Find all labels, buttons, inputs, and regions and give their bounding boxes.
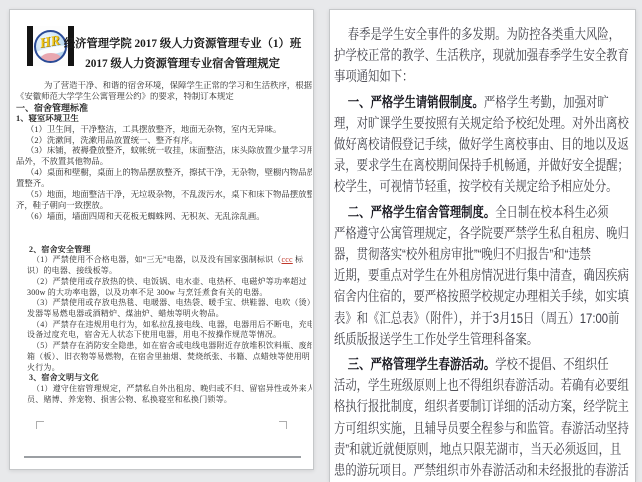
text-line: 活动，学生班级原则上也不得组织春游活动。若确有必要组 xyxy=(334,375,636,396)
text-line: 3、宿舍文明与文化 xyxy=(27,373,312,384)
text-segment: 活动，学生班级原则上也不得组织春游活动。若确有必要组 xyxy=(334,377,629,393)
text-segment: （6）墙面，墙面四周和天花板无蜘蛛网、无积灰、无乱涂乱画。 xyxy=(26,212,265,221)
text-segment: 发器等易燃电器或酒精炉、煤油炉、蜡烛等明火物品。 xyxy=(27,309,224,318)
text-line: （3）严禁使用或存放电热毯、电暖器、电热袋、暖手宝、烘鞋器、电吹（烫） xyxy=(27,298,312,309)
text-segment: 员、赌博、养宠物、损害公物、私换寝室和私换门锁等。 xyxy=(27,395,232,404)
text-line: 300w 的大功率电器，以及功率不足 300w 与烹饪煮食有关的电器。 xyxy=(27,288,312,299)
text-line: 理，对旷课学生要按照有关规定给予校纪处理。对外出离校 xyxy=(334,113,636,134)
right-page-safety-notice: 春季是学生安全事件的多发期。为防控各类重大风险，护学校正常的教学、生活秩序，现就… xyxy=(329,9,636,482)
document-viewer: HR 经济管理学院 2017 级人力资源管理专业（1）班 2017 级人力资源管… xyxy=(0,0,642,482)
text-segment: 标 xyxy=(293,255,303,264)
text-segment: 2、宿舍安全管理 xyxy=(29,245,91,254)
text-line: 识）的电器、接线板等。 xyxy=(27,266,312,277)
text-segment: 宿舍内住宿的，要严格按照学校规定办理相关手续，如实填 xyxy=(334,288,629,304)
text-segment: 识）的电器、接线板等。 xyxy=(27,266,117,275)
text-line: 发器等易燃电器或酒精炉、煤油炉、蜡烛等明火物品。 xyxy=(27,309,312,320)
text-line: 春季是学生安全事件的多发期。为防控各类重大风险， xyxy=(334,24,636,45)
text-line: 宿舍内住宿的，要严格按照学校规定办理相关手续，如实填 xyxy=(334,286,636,307)
text-segment: 责”和就近就便原则，地点只限芜湖市，当天必须返回，且 xyxy=(334,441,621,457)
text-segment: （2）洗漱间，洗漱用品放置统一、整齐有序。 xyxy=(26,136,198,145)
text-line: （5）严禁存在消防安全隐患，如在宿舍或电线电器附近存放堆积饮料瓶、废纸 xyxy=(27,341,312,352)
text-line: （5）地面，地面整洁干净，无垃圾杂物，不乱泼污水，桌下和床下物品摆放整 xyxy=(16,190,312,201)
text-line: （2）严禁使用或存放热的快、电饭锅、电水壶、电热杯、电磁炉等功率超过 xyxy=(27,277,312,288)
text-segment: 近期，要重点对学生在外租房情况进行集中清查，确因疾病 xyxy=(334,267,629,283)
text-segment: 器，贯彻落实“校外租房审批”“晚归不归报告”和“违禁 xyxy=(334,246,591,262)
text-line: 校学生，可视情节轻重，按学校有关规定给予相应处分。 xyxy=(334,176,636,197)
text-segment: 二、严格学生宿舍管理制度。 xyxy=(348,204,495,220)
text-segment: 格执行报批制度，组织者要制订详细的活动方案，经学院主 xyxy=(334,398,629,414)
text-segment: 齐，鞋子朝向一致摆放。 xyxy=(16,201,108,210)
text-line: （3）床铺，被褥叠放整齐，蚊帐统一收挂，床面整洁，床头除放置少量学习用 xyxy=(16,146,312,157)
text-boundary-mark-right xyxy=(279,421,287,429)
page-title: 经济管理学院 2017 级人力资源管理专业（1）班 xyxy=(56,34,309,54)
text-segment: 一、严格学生请销假制度。 xyxy=(348,94,484,110)
text-segment: 表》和《汇总表》（附件），并于3月15日（周五）17:00前 xyxy=(334,310,619,326)
title-block: 经济管理学院 2017 级人力资源管理专业（1）班 2017 级人力资源管理专业… xyxy=(56,34,309,74)
left-page-dorm-regulations: HR 经济管理学院 2017 级人力资源管理专业（1）班 2017 级人力资源管… xyxy=(9,9,314,470)
text-segment: （1）严禁使用不合格电器，如“三无”电器，以及没有国家强制标识（ xyxy=(32,255,282,264)
text-segment: 患的游玩项目。严禁组织市外春游活动和未经报批的春游活 xyxy=(334,462,629,478)
text-line: 《安徽师范大学学生公寓管理公约》的要求，特制订本规定 xyxy=(16,92,312,103)
text-segment: 方可组织实施，且辅导员要全程参与和监管。春游活动坚持 xyxy=(334,420,629,436)
text-line: 员、赌博、养宠物、损害公物、私换寝室和私换门锁等。 xyxy=(27,395,312,406)
text-line: 一、严格学生请销假制度。严格学生考勤，加强对旷 xyxy=(334,92,636,113)
text-line: 1、寝室环境卫生 xyxy=(16,114,312,125)
text-line: 品外，不放置其他物品。 xyxy=(16,157,312,168)
text-line: 事项通知如下： xyxy=(334,66,636,87)
text-segment: 置整齐。 xyxy=(16,179,50,188)
text-segment: 3、宿舍文明与文化 xyxy=(29,373,99,382)
text-segment: 严格学生考勤，加强对旷 xyxy=(484,94,609,110)
text-line: 患的游玩项目。严禁组织市外春游活动和未经报批的春游活 xyxy=(334,460,636,481)
text-segment: 箱（板）、旧衣物等易燃物，在宿舍里抽烟、焚烧纸张、书籍、点蜡烛等使用明 xyxy=(27,352,310,361)
text-segment: （1）卫生间，干净整洁，工具摆放整齐，地面无杂物，室内无异味。 xyxy=(26,125,281,134)
text-line: （1）遵守住宿管理规定，严禁私自外出租房、晚归或不归、留宿异性或外来人 xyxy=(27,384,312,395)
text-segment: 春季是学生安全事件的多发期。为防控各类重大风险， xyxy=(348,26,620,42)
text-segment: （5）地面，地面整洁干净，无垃圾杂物，不乱泼污水，桌下和床下物品摆放整 xyxy=(26,190,312,199)
text-segment: 纸质版报送学生工作处学生管理科备案。 xyxy=(334,331,538,347)
text-line: 严格遵守公寓管理规定，各学院要严禁学生私自租房、晚归 xyxy=(334,223,636,244)
text-segment: 300w 的大功率电器，以及功率不足 300w 与烹饪煮食有关的电器。 xyxy=(27,288,268,297)
page-subtitle: 2017 级人力资源管理专业宿舍管理规定 xyxy=(56,54,309,74)
text-segment: （3）床铺，被褥叠放整齐，蚊帐统一收挂，床面整洁，床头除放置少量学习用 xyxy=(26,146,312,155)
text-segment: （4）桌面和壁橱，桌面上的物品摆放整齐，擦拭干净，无杂物，壁橱内物品放 xyxy=(26,168,312,177)
bottom-rule xyxy=(24,456,301,458)
text-line: 二、严格学生宿舍管理制度。全日制在校本科生必须 xyxy=(334,202,636,223)
text-segment: （3）严禁使用或存放电热毯、电暖器、电热袋、暖手宝、烘鞋器、电吹（烫） xyxy=(32,298,312,307)
text-line: 护学校正常的教学、生活秩序，现就加强春季学生安全教育 xyxy=(334,45,636,66)
text-segment: 一、宿舍管理标准 xyxy=(16,103,88,113)
text-line: 近期，要重点对学生在外租房情况进行集中清查，确因疾病 xyxy=(334,265,636,286)
text-line: 责”和就近就便原则，地点只限芜湖市，当天必须返回，且 xyxy=(334,439,636,460)
text-line: （1）卫生间，干净整洁，工具摆放整齐，地面无杂物，室内无异味。 xyxy=(16,125,312,136)
text-segment: 《安徽师范大学学生公寓管理公约》的要求，特制订本规定 xyxy=(16,92,234,101)
text-line: （1）严禁使用不合格电器，如“三无”电器，以及没有国家强制标识（ccc 标 xyxy=(27,255,312,266)
text-segment: 学校不提倡、不组织任 xyxy=(495,356,608,372)
left-page-body: 为了营造干净、和谐的宿舍环境，保障学生正常的学习和生活秩序，根据《安徽师范大学学… xyxy=(14,81,312,405)
text-segment: （4）严禁存在违规用电行为，如私拉乱接电线、电器，电器用后不断电，充电 xyxy=(32,320,312,329)
text-segment: 火行为。 xyxy=(27,363,60,372)
text-line: （6）墙面，墙面四周和天花板无蜘蛛网、无积灰、无乱涂乱画。 xyxy=(16,212,312,223)
text-line: 为了营造干净、和谐的宿舍环境，保障学生正常的学习和生活秩序，根据 xyxy=(16,81,312,92)
text-segment: 品外，不放置其他物品。 xyxy=(16,157,108,166)
text-line: 表》和《汇总表》（附件），并于3月15日（周五）17:00前 xyxy=(334,308,636,329)
text-segment: 做好离校请假登记手续，做好学生离校事由、目的地以及返 xyxy=(334,136,629,152)
text-segment: 录，要求学生在离校期间保持手机畅通，并做好安全提醒； xyxy=(334,157,629,173)
text-line: （4）桌面和壁橱，桌面上的物品摆放整齐，擦拭干净，无杂物，壁橱内物品放 xyxy=(16,168,312,179)
right-page-body: 春季是学生安全事件的多发期。为防控各类重大风险，护学校正常的教学、生活秩序，现就… xyxy=(334,24,635,481)
text-segment: 为了营造干净、和谐的宿舍环境，保障学生正常的学习和生活秩序，根据 xyxy=(44,81,312,90)
red-underlined-text: ccc xyxy=(282,255,293,264)
text-segment: 严格遵守公寓管理规定，各学院要严禁学生私自租房、晚归 xyxy=(334,225,629,241)
text-segment: （1）遵守住宿管理规定，严禁私自外出租房、晚归或不归、留宿异性或外来人 xyxy=(32,384,312,393)
text-line: 齐，鞋子朝向一致摆放。 xyxy=(16,201,312,212)
text-segment: 设备过度充电，宿舍无人状态下使用电器，用电不按操作规范等情况。 xyxy=(27,330,281,339)
text-segment: （5）严禁存在消防安全隐患，如在宿舍或电线电器附近存放堆积饮料瓶、废纸 xyxy=(32,341,312,350)
text-line: 方可组织实施，且辅导员要全程参与和监管。春游活动坚持 xyxy=(334,418,636,439)
text-segment: 校学生，可视情节轻重，按学校有关规定给予相应处分。 xyxy=(334,178,618,194)
text-line: 三、严格管理学生春游活动。学校不提倡、不组织任 xyxy=(334,354,636,375)
text-segment: 事项通知如下： xyxy=(334,68,413,84)
text-segment: 三、严格管理学生春游活动。 xyxy=(348,356,495,372)
text-line: 火行为。 xyxy=(27,363,312,374)
text-line: 录，要求学生在离校期间保持手机畅通，并做好安全提醒； xyxy=(334,155,636,176)
text-line: 2、宿舍安全管理 xyxy=(27,245,312,256)
text-boundary-mark-left xyxy=(36,421,44,429)
text-line: 箱（板）、旧衣物等易燃物，在宿舍里抽烟、焚烧纸张、书籍、点蜡烛等使用明 xyxy=(27,352,312,363)
text-segment: 理，对旷课学生要按照有关规定给予校纪处理。对外出离校 xyxy=(334,115,629,131)
text-line: 格执行报批制度，组织者要制订详细的活动方案，经学院主 xyxy=(334,396,636,417)
text-line: （4）严禁存在违规用电行为，如私拉乱接电线、电器，电器用后不断电，充电 xyxy=(27,320,312,331)
text-line: 一、宿舍管理标准 xyxy=(16,103,312,114)
text-line xyxy=(14,223,312,245)
text-segment: 护学校正常的教学、生活秩序，现就加强春季学生安全教育 xyxy=(334,47,629,63)
text-segment: 全日制在校本科生必须 xyxy=(495,204,608,220)
text-line: 纸质版报送学生工作处学生管理科备案。 xyxy=(334,329,636,350)
text-segment: （2）严禁使用或存放热的快、电饭锅、电水壶、电热杯、电磁炉等功率超过 xyxy=(32,277,307,286)
text-line: 设备过度充电，宿舍无人状态下使用电器，用电不按操作规范等情况。 xyxy=(27,330,312,341)
text-line: （2）洗漱间，洗漱用品放置统一、整齐有序。 xyxy=(16,136,312,147)
text-line: 做好离校请假登记手续，做好学生离校事由、目的地以及返 xyxy=(334,134,636,155)
text-segment: 1、寝室环境卫生 xyxy=(16,114,79,123)
text-line: 置整齐。 xyxy=(16,179,312,190)
text-line: 器，贯彻落实“校外租房审批”“晚归不归报告”和“违禁 xyxy=(334,244,636,265)
